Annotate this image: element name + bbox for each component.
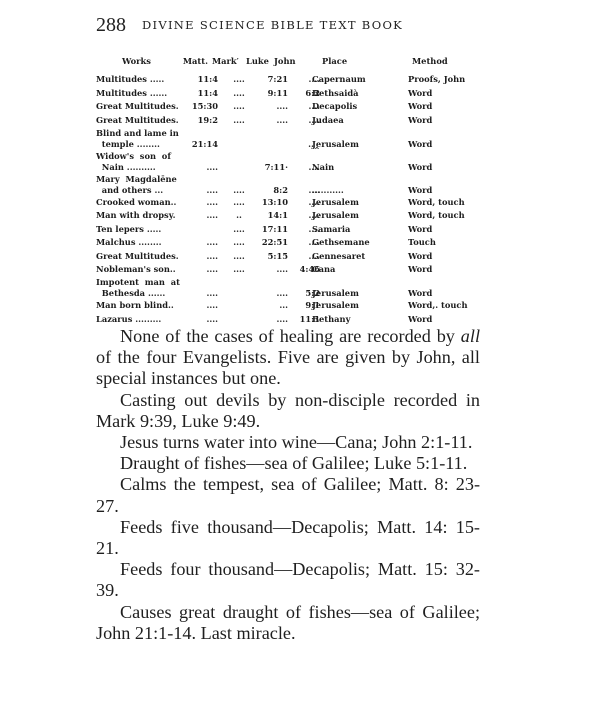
table-row: Great Multitudes. .... .... 5:15 .... Ge… <box>96 251 480 264</box>
luke-cell: 8:2 <box>246 185 288 195</box>
works-cell: and others ... <box>96 185 163 195</box>
matt-cell: .... <box>156 210 218 220</box>
paragraph-text: Casting out devils by non-disciple recor… <box>96 390 480 431</box>
works-cell: temple ........ <box>96 139 160 149</box>
method-cell: Touch <box>408 237 436 247</box>
works-cell: Nain .......... <box>96 162 156 172</box>
place-cell: Jerusalem <box>312 210 359 220</box>
matt-cell: .... <box>156 251 218 261</box>
method-cell: Word <box>408 251 432 261</box>
table-row: Multitudes ...... 11:4 .... 9:11 6:2 Bet… <box>96 88 480 101</box>
column-header-method: Method <box>412 56 448 66</box>
place-cell: ........... <box>312 185 344 195</box>
method-cell: Word <box>408 288 432 298</box>
place-cell: Judaea <box>312 115 344 125</box>
method-cell: Word <box>408 88 432 98</box>
matt-cell: .... <box>156 300 218 310</box>
place-cell: Cana <box>312 264 335 274</box>
matt-cell: 11:4 <box>156 74 218 84</box>
body-paragraph: Draught of fishes—sea of Galilee; Luke 5… <box>96 453 480 474</box>
luke-cell: .... <box>246 115 288 125</box>
works-cell-line1: Blind and lame in <box>96 128 179 138</box>
matt-cell: .... <box>156 162 218 172</box>
matt-cell: 15:30 <box>156 101 218 111</box>
body-paragraph: None of the cases of healing are recorde… <box>96 326 480 390</box>
paragraph-text: Jesus turns water into wine—Cana; John 2… <box>120 432 472 452</box>
works-cell: Malchus ........ <box>96 237 162 247</box>
method-cell: Word,. touch <box>408 300 468 310</box>
place-cell: Gennesaret <box>312 251 365 261</box>
works-cell: Ten lepers ..... <box>96 224 161 234</box>
table-row: Multitudes ..... 11:4 .... 7:21 .... Cap… <box>96 74 480 87</box>
table-row: Widow's son of Nain .......... .... 7:11… <box>96 151 480 174</box>
table-row: Great Multitudes. 19:2 .... .... .... Ju… <box>96 115 480 128</box>
place-cell: Samaria <box>312 224 350 234</box>
place-cell: Jerusalem <box>312 288 359 298</box>
matt-cell: .... <box>156 288 218 298</box>
column-header-luke: Luke <box>246 56 270 66</box>
table-row: Man with dropsy. .... .. 14:1 .... Jerus… <box>96 210 480 223</box>
method-cell: Word <box>408 314 432 324</box>
page-number: 288 <box>96 14 126 37</box>
method-cell: Word <box>408 139 432 149</box>
matt-cell: .... <box>156 197 218 207</box>
works-cell: Bethesda ...... <box>96 288 165 298</box>
works-cell-line1: Mary Magdalēne <box>96 174 177 184</box>
luke-cell: 7:21 <box>246 74 288 84</box>
running-title: DIVINE SCIENCE BIBLE TEXT BOOK <box>142 18 403 32</box>
paragraph-text: Feeds four thousand—Decapolis; Matt. 15:… <box>96 559 480 600</box>
works-cell: Multitudes ..... <box>96 74 164 84</box>
table-header-row: Works Matt. Mark′ Luke John Place Method <box>96 56 480 69</box>
table-row: Crooked woman.. .... .... 13:10 .... Jer… <box>96 197 480 210</box>
luke-cell: 14:1 <box>246 210 288 220</box>
body-paragraph: Calms the tempest, sea of Galilee; Matt.… <box>96 474 480 516</box>
works-cell: Lazarus ......... <box>96 314 161 324</box>
table-row: Blind and lame in temple ........ 21:14 … <box>96 128 480 151</box>
place-cell: Jerusalem <box>312 197 359 207</box>
table-row: Malchus ........ .... .... 22:51 .... Ge… <box>96 237 480 250</box>
method-cell: Word <box>408 115 432 125</box>
place-cell: Capernaum <box>312 74 366 84</box>
body-paragraph: Causes great draught of fishes—sea of Ga… <box>96 602 480 644</box>
paragraph-text: Calms the tempest, sea of Galilee; Matt.… <box>96 474 480 515</box>
matt-cell: .... <box>156 264 218 274</box>
place-cell: Gethsemane <box>312 237 370 247</box>
place-cell: Jerusalem <box>312 139 359 149</box>
book-page: 288 DIVINE SCIENCE BIBLE TEXT BOOK Works… <box>0 0 600 709</box>
method-cell: Word <box>408 162 432 172</box>
method-cell: Word, touch <box>408 210 465 220</box>
luke-cell: 7:11· <box>246 162 288 172</box>
body-paragraph: Jesus turns water into wine—Cana; John 2… <box>96 432 480 453</box>
table-row: Impotent man at Bethesda ...... .... ...… <box>96 277 480 300</box>
table-row: Ten lepers ..... .... 17:11 .... Samaria… <box>96 224 480 237</box>
luke-cell: 22:51 <box>246 237 288 247</box>
works-cell-line1: Widow's son of <box>96 151 171 161</box>
method-cell: Word, touch <box>408 197 465 207</box>
body-text: None of the cases of healing are recorde… <box>96 326 480 644</box>
method-cell: Proofs, John <box>408 74 465 84</box>
luke-cell: .... <box>246 314 288 324</box>
method-cell: Word <box>408 185 432 195</box>
method-cell: Word <box>408 264 432 274</box>
matt-cell: 11:4 <box>156 88 218 98</box>
body-paragraph: Feeds four thousand—Decapolis; Matt. 15:… <box>96 559 480 601</box>
column-header-matt: Matt. <box>168 56 208 66</box>
luke-cell: ... <box>246 300 288 310</box>
matt-cell: 21:14 <box>156 139 218 149</box>
place-cell: Bethsaidà <box>312 88 359 98</box>
column-header-john: John <box>274 56 304 66</box>
body-paragraph: Feeds five thousand—Decapolis; Matt. 14:… <box>96 517 480 559</box>
matt-cell: .... <box>156 237 218 247</box>
matt-cell: .... <box>156 185 218 195</box>
place-cell: Decapolis <box>312 101 357 111</box>
table-row: Great Multitudes. 15:30 .... .... .... D… <box>96 101 480 114</box>
luke-cell: 17:11 <box>246 224 288 234</box>
paragraph-text: None of the cases of healing are recorde… <box>120 326 461 346</box>
table-row: Man born blind.. .... ... 9:1 Jerusalem … <box>96 300 480 313</box>
place-cell: Nain <box>312 162 334 172</box>
luke-cell: .... <box>246 288 288 298</box>
table-row: Nobleman's son.. .... .... .... 4:46 Can… <box>96 264 480 277</box>
luke-cell: .... <box>246 264 288 274</box>
emphasized-text: all <box>461 326 480 346</box>
column-header-mark: Mark′ <box>212 56 244 66</box>
miracles-table: Works Matt. Mark′ Luke John Place Method… <box>96 56 480 327</box>
column-header-place: Place <box>322 56 347 66</box>
table-row: Mary Magdalēne and others ... .... .... … <box>96 174 480 197</box>
works-cell-line1: Impotent man at <box>96 277 180 287</box>
place-cell: Jerusalem <box>312 300 359 310</box>
paragraph-text: Draught of fishes—sea of Galilee; Luke 5… <box>120 453 467 473</box>
paragraph-text: Causes great draught of fishes—sea of Ga… <box>96 602 480 643</box>
paragraph-text: of the four Evangelists. Five are given … <box>96 347 480 388</box>
method-cell: Word <box>408 101 432 111</box>
place-cell: Bethany <box>312 314 350 324</box>
luke-cell: 5:15 <box>246 251 288 261</box>
body-paragraph: Casting out devils by non-disciple recor… <box>96 390 480 432</box>
luke-cell: .... <box>246 101 288 111</box>
page-header: 288 DIVINE SCIENCE BIBLE TEXT BOOK <box>96 14 476 38</box>
column-header-works: Works <box>122 56 151 66</box>
matt-cell: .... <box>156 314 218 324</box>
matt-cell: 19:2 <box>156 115 218 125</box>
paragraph-text: Feeds five thousand—Decapolis; Matt. 14:… <box>96 517 480 558</box>
method-cell: Word <box>408 224 432 234</box>
luke-cell: 9:11 <box>246 88 288 98</box>
luke-cell: 13:10 <box>246 197 288 207</box>
